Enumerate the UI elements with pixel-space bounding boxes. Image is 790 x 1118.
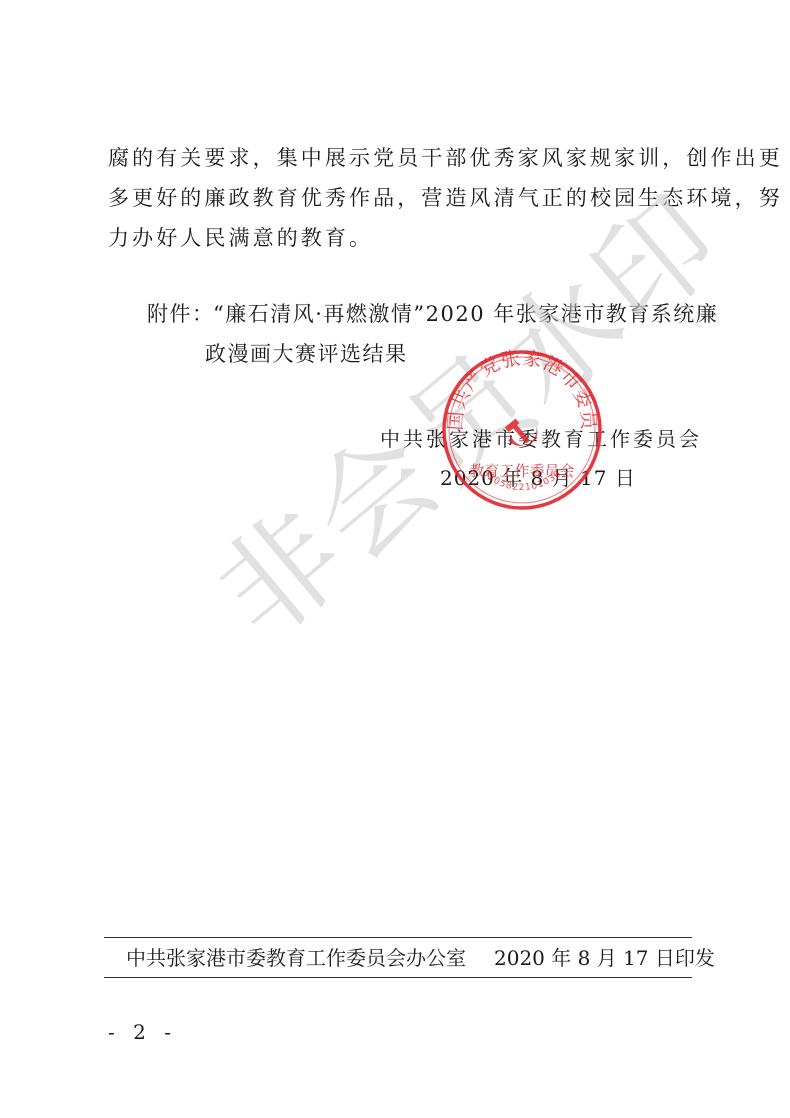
footer-top-rule xyxy=(104,937,692,938)
attachment-title-line-2: 政漫画大赛评选结果 xyxy=(205,339,408,369)
signature-organization: 中共张家港市委教育工作委员会 xyxy=(380,424,702,454)
footer-bottom-rule xyxy=(104,977,692,978)
footer-issue-date: 2020 年 8 月 17 日印发 xyxy=(494,945,715,971)
signature-date: 2020 年 8 月 17 日 xyxy=(440,463,636,493)
footer-issuer: 中共张家港市委教育工作委员会办公室 xyxy=(126,945,466,971)
page-number: - 2 - xyxy=(108,1020,177,1044)
body-text-line-1: 腐的有关要求，集中展示党员干部优秀家风家规家训，创作出更 xyxy=(108,143,690,173)
document-page: 腐的有关要求，集中展示党员干部优秀家风家规家训，创作出更 多更好的廉政教育优秀作… xyxy=(0,0,790,1118)
attachment-label: 附件： xyxy=(147,299,215,329)
